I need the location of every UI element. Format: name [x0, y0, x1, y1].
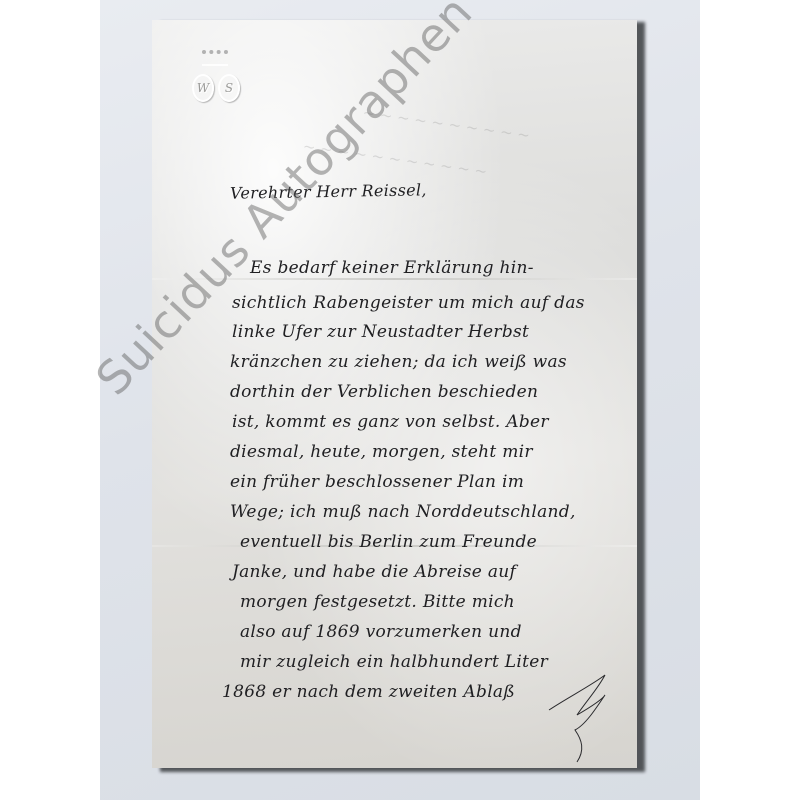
body-line: sichtlich Rabengeister um mich auf das	[232, 293, 585, 313]
body-line: ein früher beschlossener Plan im	[230, 472, 524, 492]
body-line: also auf 1869 vorzumerken und	[240, 622, 522, 642]
body-line: morgen festgesetzt. Bitte mich	[240, 592, 515, 612]
body-line: eventuell bis Berlin zum Freunde	[240, 532, 537, 552]
body-line: ist, kommt es ganz von selbst. Aber	[232, 412, 549, 432]
body-line: 1868 er nach dem zweiten Ablaß	[222, 682, 515, 702]
signature-flourish	[547, 670, 607, 768]
body-line: mir zugleich ein halbhundert Liter	[240, 652, 548, 672]
salutation: Verehrter Herr Reissel,	[230, 180, 427, 202]
body-line: diesmal, heute, morgen, steht mir	[230, 442, 533, 462]
letter-sheet: ~ ~ ~ ~ ~ ~ ~ ~ ~ ~ ~ ~ ~ ~ ~ ~ ~ ~ ~ ~ …	[152, 20, 637, 768]
body-line: Janke, und habe die Abreise auf	[232, 562, 516, 582]
body-line: linke Ufer zur Neustadter Herbst	[232, 322, 529, 342]
body-line: Es bedarf keiner Erklärung hin-	[250, 258, 534, 278]
body-line: Wege; ich muß nach Norddeutschland,	[230, 502, 576, 522]
body-line: dorthin der Verblichen beschieden	[230, 382, 538, 402]
letter-content: Verehrter Herr Reissel, Es bedarf keiner…	[152, 20, 637, 768]
body-line: kränzchen zu ziehen; da ich weiß was	[230, 352, 567, 372]
